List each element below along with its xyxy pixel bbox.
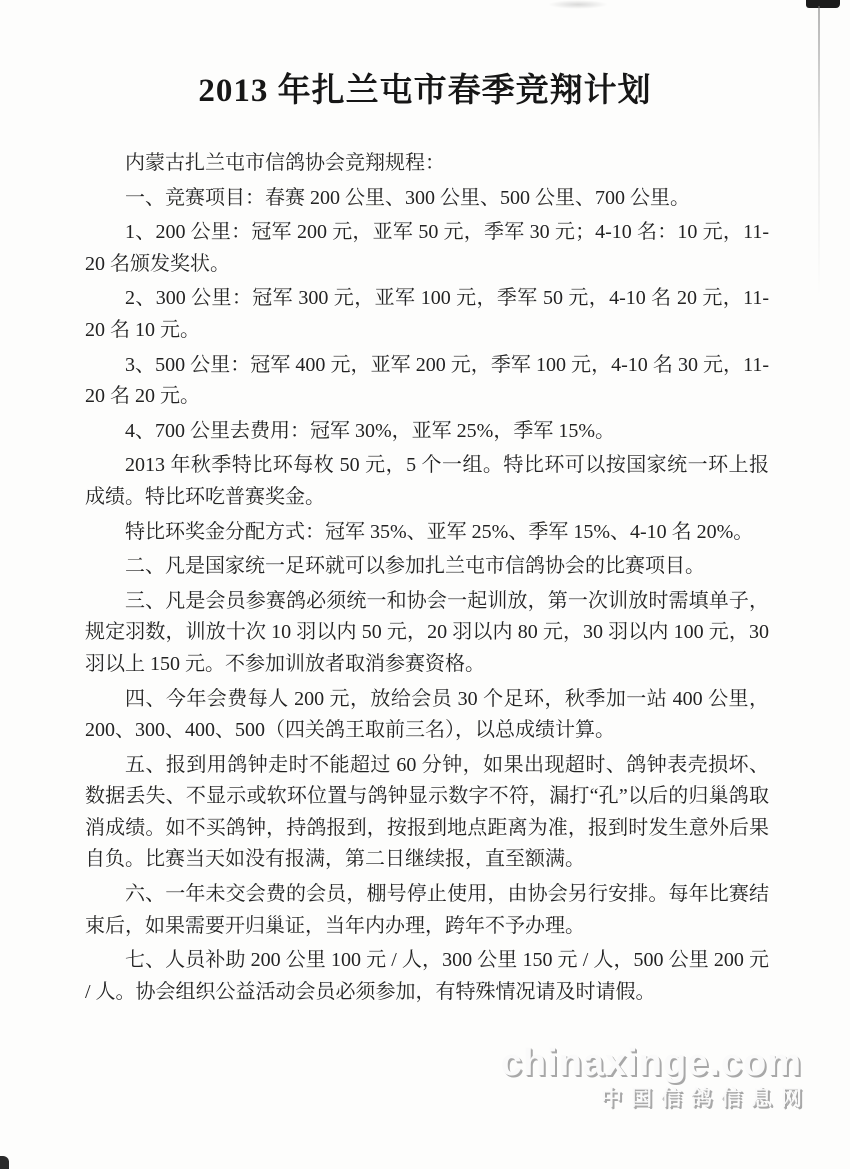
scan-smudge-top [548, 0, 608, 9]
paragraph-item-1: 一、竞赛项目：春赛 200 公里、300 公里、500 公里、700 公里。 [85, 183, 769, 215]
watermark: chinaxinge.com 中国信鸽信息网 [501, 1042, 802, 1112]
paragraph-prize-500km: 3、500 公里：冠军 400 元，亚军 200 元，季军 100 元，4-10… [85, 350, 769, 413]
paragraph-prize-300km: 2、300 公里：冠军 300 元，亚军 100 元，季军 50 元，4-10 … [85, 283, 769, 346]
paragraph-special-ring-prize: 特比环奖金分配方式：冠军 35%、亚军 25%、季军 15%、4-10 名 20… [85, 517, 769, 549]
paragraph-item-4: 四、今年会费每人 200 元，放给会员 30 个足环，秋季加一站 400 公里，… [85, 684, 769, 747]
watermark-site-url: chinaxinge.com [501, 1042, 802, 1084]
scan-artifact-bottom-left [0, 1156, 9, 1169]
document-body: 内蒙古扎兰屯市信鸽协会竞翔规程： 一、竞赛项目：春赛 200 公里、300 公里… [85, 148, 769, 1011]
paragraph-item-6: 六、一年未交会费的会员，棚号停止使用，由协会另行安排。每年比赛结束后，如果需要开… [85, 879, 769, 942]
scan-artifact-top-right [806, 0, 840, 8]
paragraph-item-5: 五、报到用鸽钟走时不能超过 60 分钟，如果出现超时、鸽钟表壳损坏、数据丢失、不… [85, 750, 769, 876]
scanned-document-page: 2013 年扎兰屯市春季竞翔计划 内蒙古扎兰屯市信鸽协会竞翔规程： 一、竞赛项目… [0, 0, 850, 1169]
paragraph-prize-200km: 1、200 公里：冠军 200 元，亚军 50 元，季军 30 元；4-10 名… [85, 217, 769, 280]
scan-artifact-right-line [818, 6, 820, 296]
paragraph-special-ring: 2013 年秋季特比环每枚 50 元，5 个一组。特比环可以按国家统一环上报成绩… [85, 450, 769, 513]
paragraph-item-2: 二、凡是国家统一足环就可以参加扎兰屯市信鸽协会的比赛项目。 [85, 551, 769, 583]
document-title: 2013 年扎兰屯市春季竞翔计划 [0, 64, 850, 111]
paragraph-item-7: 七、人员补助 200 公里 100 元 / 人，300 公里 150 元 / 人… [85, 945, 769, 1008]
watermark-site-name: 中国信鸽信息网 [501, 1086, 811, 1112]
paragraph-item-3: 三、凡是会员参赛鸽必须统一和协会一起训放，第一次训放时需填单子，规定羽数，训放十… [85, 586, 769, 681]
paragraph-prize-700km: 4、700 公里去费用：冠军 30%，亚军 25%，季军 15%。 [85, 416, 769, 448]
paragraph-intro: 内蒙古扎兰屯市信鸽协会竞翔规程： [85, 148, 769, 180]
